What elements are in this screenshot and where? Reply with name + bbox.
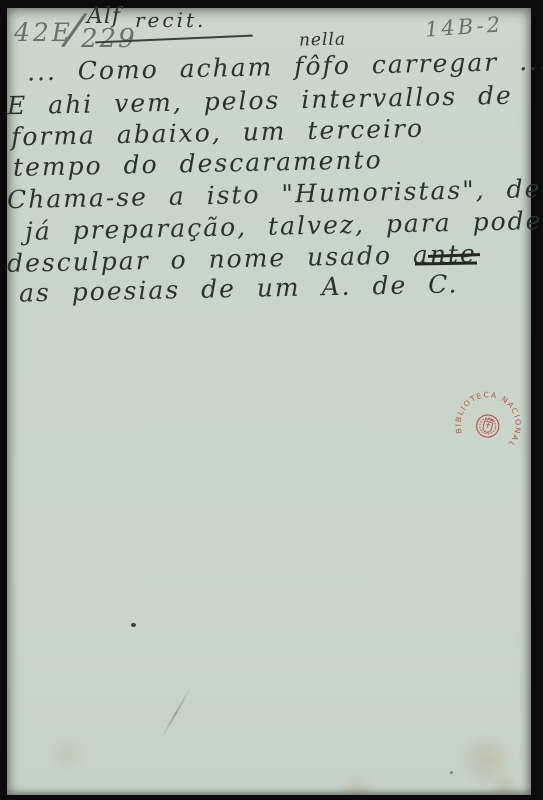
stamp-emblem: [474, 413, 501, 440]
paper-speck-2: [450, 771, 453, 774]
document-scan: 42E / 229 Alf recit. 14B-2 nella ... Com…: [0, 0, 543, 800]
paper-speck: [131, 623, 136, 627]
ink-annotation-struck: recit.: [135, 8, 206, 32]
library-stamp: BIBLIOTECA NACIONAL: [451, 388, 525, 462]
manuscript-paper: 42E / 229 Alf recit. 14B-2 nella ... Com…: [7, 8, 531, 795]
manuscript-line-4: tempo do descaramento: [13, 145, 383, 182]
manuscript-line-2: E ahi vem, pelos intervallos de: [7, 81, 513, 121]
inserted-word: nella: [299, 30, 346, 51]
paper-crease: [161, 687, 192, 738]
page-number: 14B-2: [424, 12, 503, 41]
ink-annotation: Alf: [87, 4, 121, 29]
